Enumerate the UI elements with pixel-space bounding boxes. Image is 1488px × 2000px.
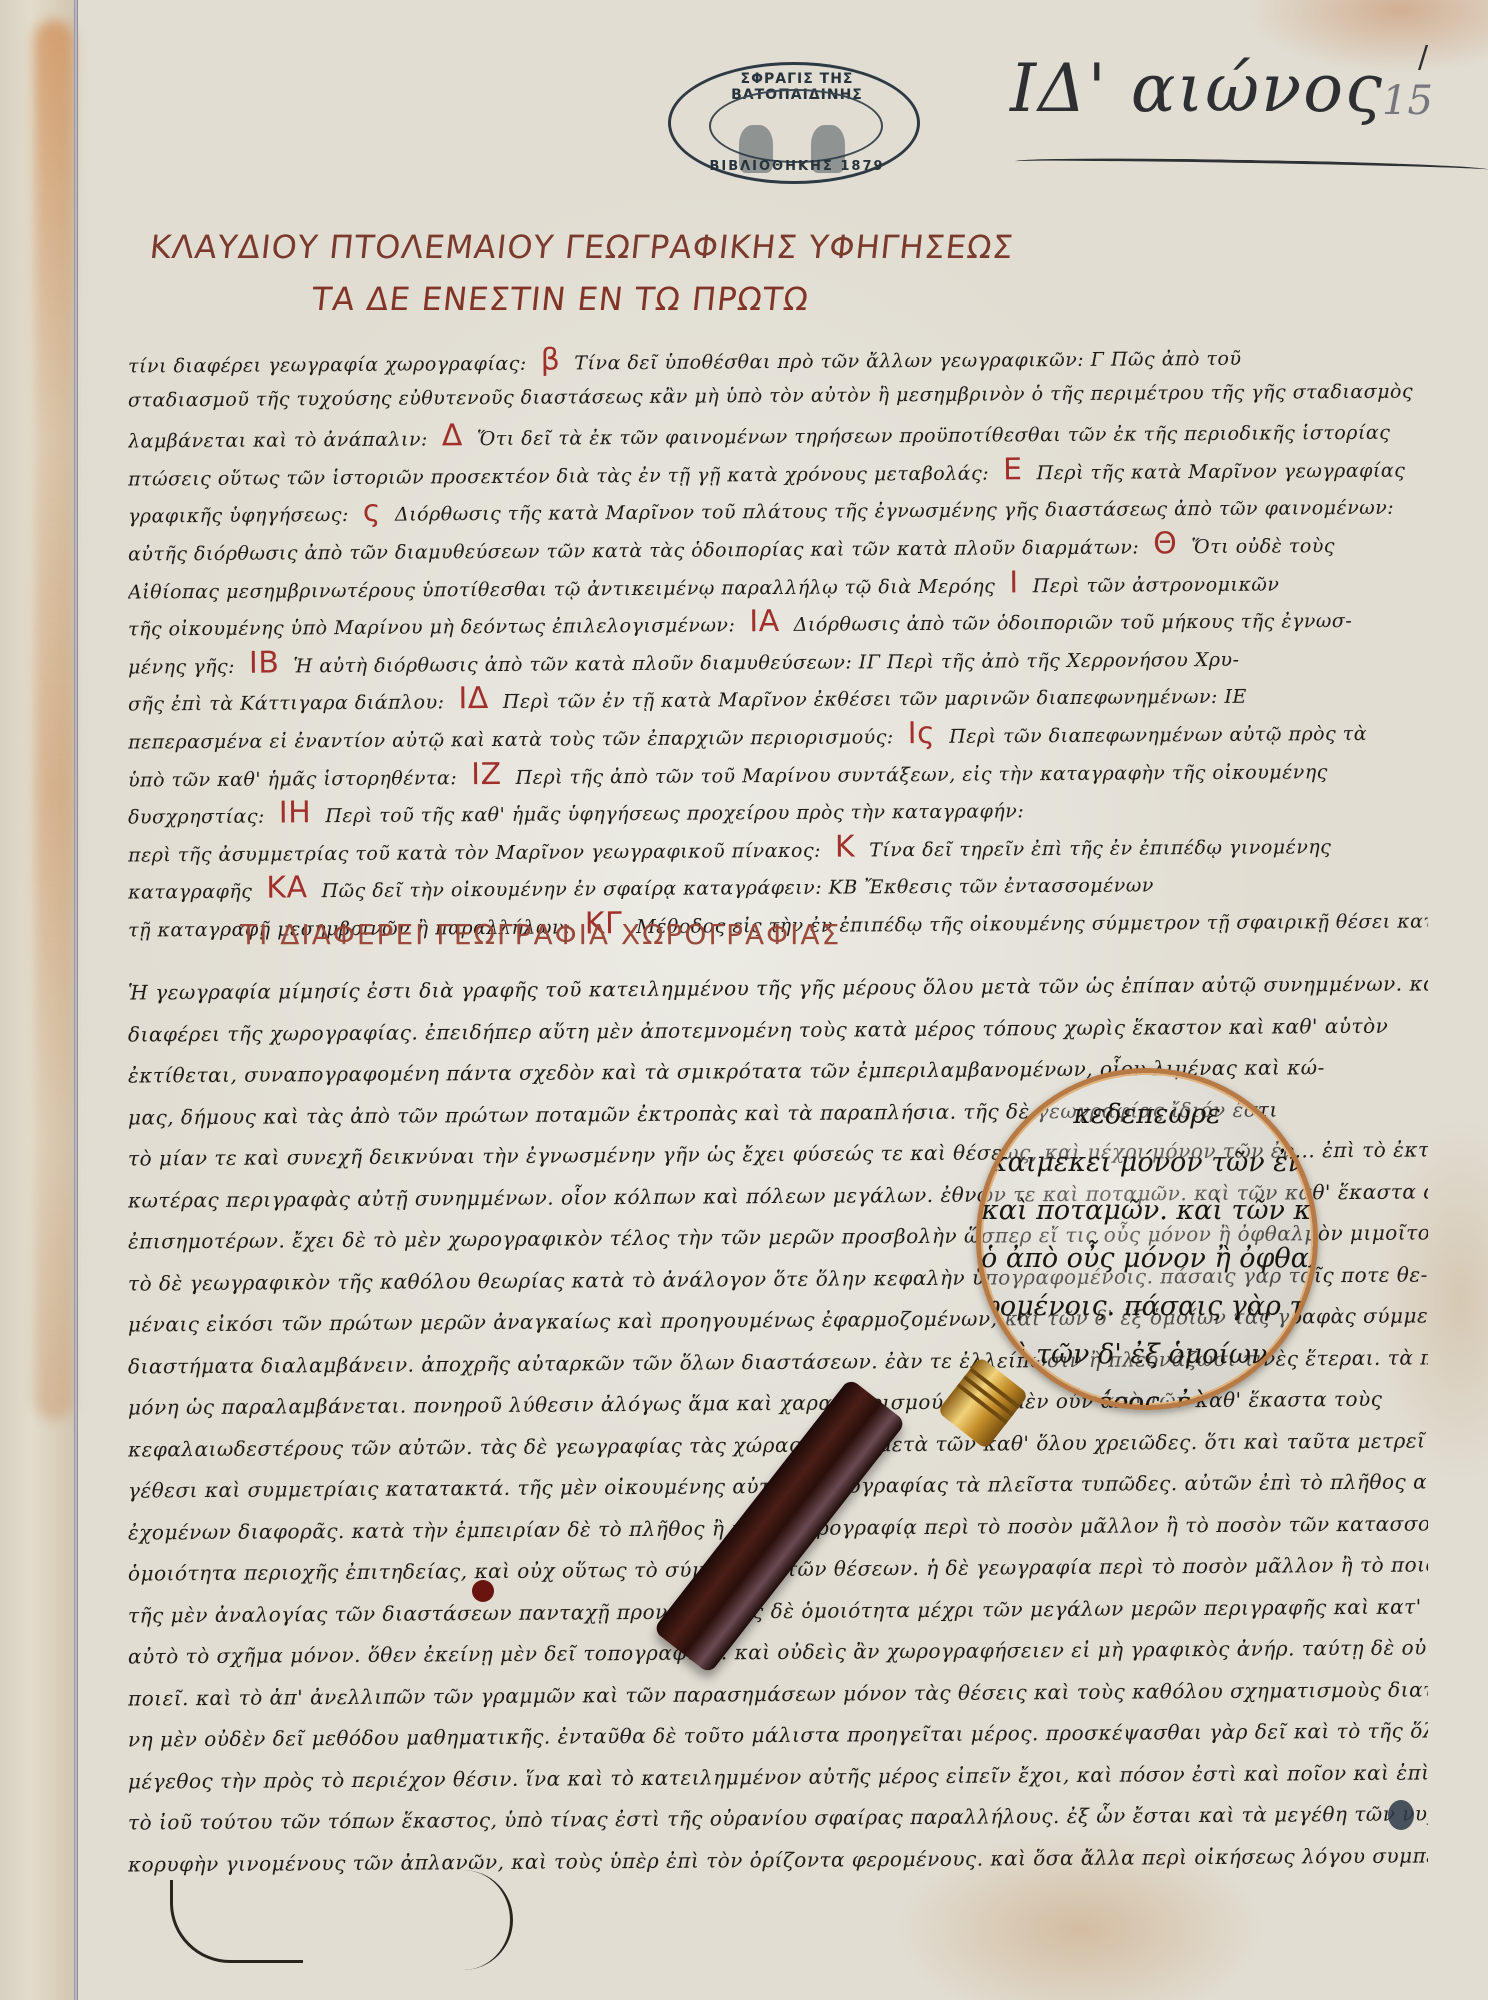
binding-gutter bbox=[0, 0, 78, 2000]
red-numeral: Θ bbox=[1153, 526, 1177, 561]
red-numeral: ΙΔ bbox=[458, 681, 489, 716]
manuscript-photo: ΣΦΡΑΓΙΣ ΤΗΣ ΒΑΤΟΠΑΙΔΙΝΗΣ ΒΙΒΛΙΟΘΗΚΗΣ 187… bbox=[0, 0, 1488, 2000]
manuscript-subtitle: ΤΑ ΔΕ ΕΝΕΣΤΙΝ ΕΝ ΤΩ ΠΡΩΤΩ bbox=[310, 280, 811, 318]
red-numeral: ΚΑ bbox=[266, 871, 307, 906]
red-numeral: ΙΒ bbox=[249, 645, 280, 680]
stamp-inner-oval bbox=[709, 89, 883, 163]
wax-drop bbox=[472, 1580, 494, 1602]
ink-blot bbox=[1388, 1800, 1414, 1830]
rust-stain bbox=[34, 20, 74, 1420]
red-numeral: Ι bbox=[1009, 565, 1019, 600]
red-numeral: Κ bbox=[835, 829, 855, 864]
red-numeral: ΙΑ bbox=[749, 604, 780, 639]
library-stamp: ΣΦΡΑΓΙΣ ΤΗΣ ΒΑΤΟΠΑΙΔΙΝΗΣ ΒΙΒΛΙΟΘΗΚΗΣ 187… bbox=[668, 62, 920, 184]
red-numeral: ς bbox=[363, 494, 381, 529]
pencil-folio-number: 15 bbox=[1382, 78, 1433, 124]
ink-flourish bbox=[170, 1880, 303, 1963]
ink-flourish bbox=[450, 1870, 513, 1970]
red-numeral: ΙΖ bbox=[471, 756, 502, 791]
stamp-bottom-text: ΒΙΒΛΙΟΘΗΚΗΣ 1879 bbox=[701, 159, 893, 174]
red-numeral: Ε bbox=[1003, 452, 1023, 487]
table-of-contents: τίνι διαφέρει γεωγραφία χωρογραφίας:βΤίν… bbox=[128, 340, 1428, 942]
pencil-century-note: ΙΔ' αιώνος bbox=[1010, 50, 1384, 127]
manuscript-title: ΚΛΑΥΔΙΟΥ ΠΤΟΛΕΜΑΙΟΥ ΓΕΩΓΡΑΦΙΚΗΣ ΥΦΗΓΗΣΕΩ… bbox=[148, 228, 1016, 266]
body-line: κορυφὴν γινομένους τῶν ἀπλανῶν, καὶ τοὺς… bbox=[128, 1835, 1428, 1886]
red-numeral: Ις bbox=[908, 716, 936, 751]
red-numeral: β bbox=[541, 343, 561, 378]
red-numeral: Δ bbox=[442, 418, 463, 453]
magnifying-glass-lens[interactable]: κεδεπεωρε καιμεκει μόνον τῶν ἐν καὶ ποτα… bbox=[976, 1068, 1318, 1410]
section-heading: ΤΙ ΔΙΑΦΕΡΕΙ ΓΕΩΓΡΑΦΙΑ ΧΩΡΟΓΡΑΦΙΑΣ bbox=[240, 918, 841, 951]
red-numeral: ΙΗ bbox=[279, 795, 312, 830]
magnified-text: κεδεπεωρε καιμεκει μόνον τῶν ἐν καὶ ποτα… bbox=[981, 1073, 1313, 1410]
pencil-underline bbox=[1015, 156, 1488, 175]
pencil-mark: / bbox=[1418, 40, 1428, 75]
binding-fold-line bbox=[74, 0, 78, 2000]
